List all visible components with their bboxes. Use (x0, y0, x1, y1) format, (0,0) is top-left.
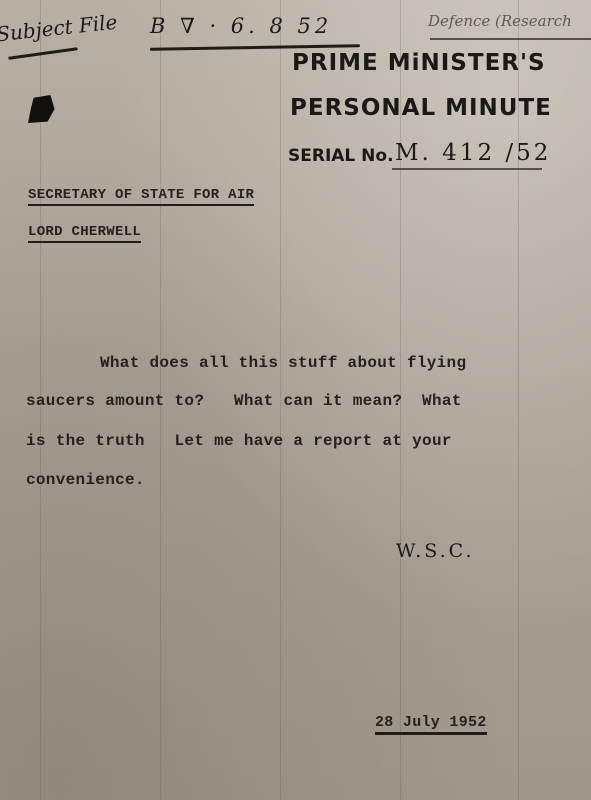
document-date: 28 July 1952 (375, 714, 487, 731)
document-title-line1: PRIME MiNISTER'S (292, 50, 546, 76)
serial-underline (392, 168, 542, 170)
body-line-2: saucers amount to? What can it mean? Wha… (26, 392, 462, 410)
addressee-1: SECRETARY OF STATE FOR AIR (28, 187, 254, 203)
addressee-2: LORD CHERWELL (28, 224, 141, 240)
serial-label: SERIAL No. (288, 146, 394, 166)
body-line-3: is the truth Let me have a report at you… (26, 432, 452, 450)
ink-blot (28, 95, 56, 123)
subject-file-label: Subject File (0, 10, 118, 47)
body-line-4: convenience. (26, 471, 145, 489)
file-reference: B ∇ · 6. 8 52 (150, 14, 332, 38)
signature-initials: W.S.C. (396, 540, 475, 562)
category-underline (430, 38, 591, 40)
body-line-1: What does all this stuff about flying (100, 354, 466, 372)
document-page: Subject File B ∇ · 6. 8 52 Defence (Rese… (0, 0, 591, 800)
serial-number: M. 412 /52 (395, 140, 551, 166)
category-annotation: Defence (Research (428, 12, 572, 30)
document-title-line2: PERSONAL MINUTE (290, 95, 552, 121)
subject-underline (8, 47, 78, 60)
